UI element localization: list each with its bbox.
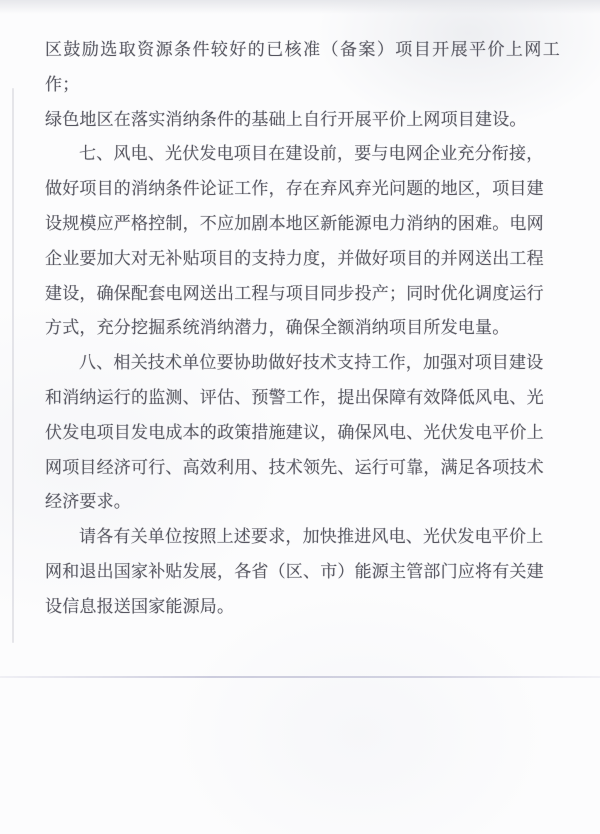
paragraph-continuation: 区鼓励选取资源条件较好的已核准（备案）项目开展平价上网工作； 绿色地区在落实消纳…: [45, 33, 560, 137]
scan-left-edge-line: [12, 88, 14, 643]
scan-fold-line: [0, 676, 600, 678]
paragraph-item-eight: 八、相关技术单位要协助做好技术支持工作，加强对项目建设 和消纳运行的监测、评估、…: [45, 346, 560, 520]
paragraph-closing: 请各有关单位按照上述要求，加快推进风电、光伏发电平价上 网和退出国家补贴发展，各…: [45, 520, 560, 624]
scanned-document-page: 区鼓励选取资源条件较好的已核准（备案）项目开展平价上网工作； 绿色地区在落实消纳…: [0, 0, 600, 834]
scan-top-shadow: [0, 0, 600, 14]
document-body: 区鼓励选取资源条件较好的已核准（备案）项目开展平价上网工作； 绿色地区在落实消纳…: [45, 33, 560, 625]
paragraph-item-seven: 七、风电、光伏发电项目在建设前，要与电网企业充分衔接， 做好项目的消纳条件论证工…: [45, 137, 560, 346]
